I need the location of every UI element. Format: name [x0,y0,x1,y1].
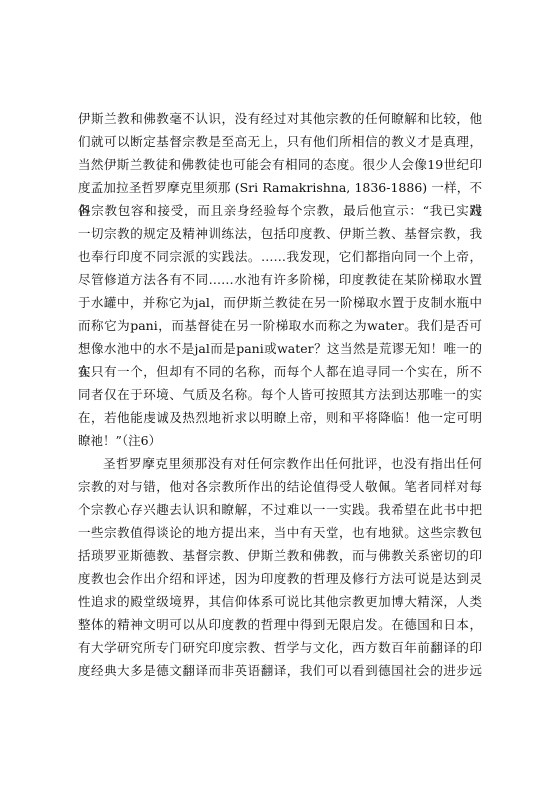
text-line: 度教也会作出介绍和评述，因为印度教的哲理及修行方法可说是达到灵 [78,567,482,590]
text-line: 同者仅在于环境、气质及名称。每个人皆可按照其方法到达那唯一的实 [78,383,482,406]
text-line: 当然伊斯兰教徒和佛教徒也可能会有相同的态度。很少人会像19世纪印 [78,153,482,176]
text-line: 也奉行印度不同宗派的实践法。……我发现，它们都指向同一个上帝， [78,245,482,268]
text-line: 各宗教包容和接受，而且亲身经验每个宗教，最后他宣示：“我已实践 [78,199,482,222]
text-line: 在，若他能虔诚及热烈地祈求以明瞭上帝，则和平将降临！他一定可明 [78,406,482,429]
text-line: 度经典大多是德文翻译而非英语翻译，我们可以看到德国社会的进步远 [78,659,482,682]
text-line: 整体的精神文明可以从印度教的哲理中得到无限启发。在德国和日本， [78,613,482,636]
text-line: 尽管修道方法各有不同……水池有许多阶梯，印度教徒在某阶梯取水置 [78,268,482,291]
text-line: 在只有一个，但却有不同的名称，而每个人都在追寻同一个实在，所不 [78,360,482,383]
text-line: 一切宗教的规定及精神训练法，包括印度教、伊斯兰教、基督宗教，我 [78,222,482,245]
text-line: 度孟加拉圣哲罗摩克里须那 (Sri Ramakrishna, 1836-1886… [78,176,482,199]
text-line: 性追求的殿堂级境界，其信仰体系可说比其他宗教更加博大精深，人类 [78,590,482,613]
text-line: 想像水池中的水不是jal而是pani或water？这当然是荒谬无知！唯一的实 [78,337,482,360]
text-line: 有大学研究所专门研究印度宗教、哲学与文化，西方数百年前翻译的印 [78,636,482,659]
text-line: 伊斯兰教和佛教毫不认识，没有经过对其他宗教的任何瞭解和比较，他 [78,107,482,130]
text-line: 于水罐中，并称它为jal，而伊斯兰教徒在另一阶梯取水置于皮制水瓶中 [78,291,482,314]
body-text: 伊斯兰教和佛教毫不认识，没有经过对其他宗教的任何瞭解和比较，他 们就可以断定基督… [78,107,482,682]
text-line: 宗教的对与错，他对各宗教所作出的结论值得受人敬佩。笔者同样对每 [78,475,482,498]
text-line: 而称它为pani，而基督徒在另一阶梯取水而称之为water。我们是否可 [78,314,482,337]
text-line: 个宗教心存兴趣去认识和瞭解，不过难以一一实践。我希望在此书中把 [78,498,482,521]
text-line-paragraph-start: 圣哲罗摩克里须那没有对任何宗教作出任何批评，也没有指出任何 [78,452,482,475]
text-line-paragraph-end: 瞭祂！”（注6） [78,429,482,452]
text-line: 括琐罗亚斯德教、基督宗教、伊斯兰教和佛教，而与佛教关系密切的印 [78,544,482,567]
text-line: 们就可以断定基督宗教是至高无上，只有他们所相信的教义才是真理， [78,130,482,153]
document-page: 伊斯兰教和佛教毫不认识，没有经过对其他宗教的任何瞭解和比较，他 们就可以断定基督… [0,0,559,794]
text-line: 一些宗教值得谈论的地方提出来，当中有天堂，也有地狱。这些宗教包 [78,521,482,544]
